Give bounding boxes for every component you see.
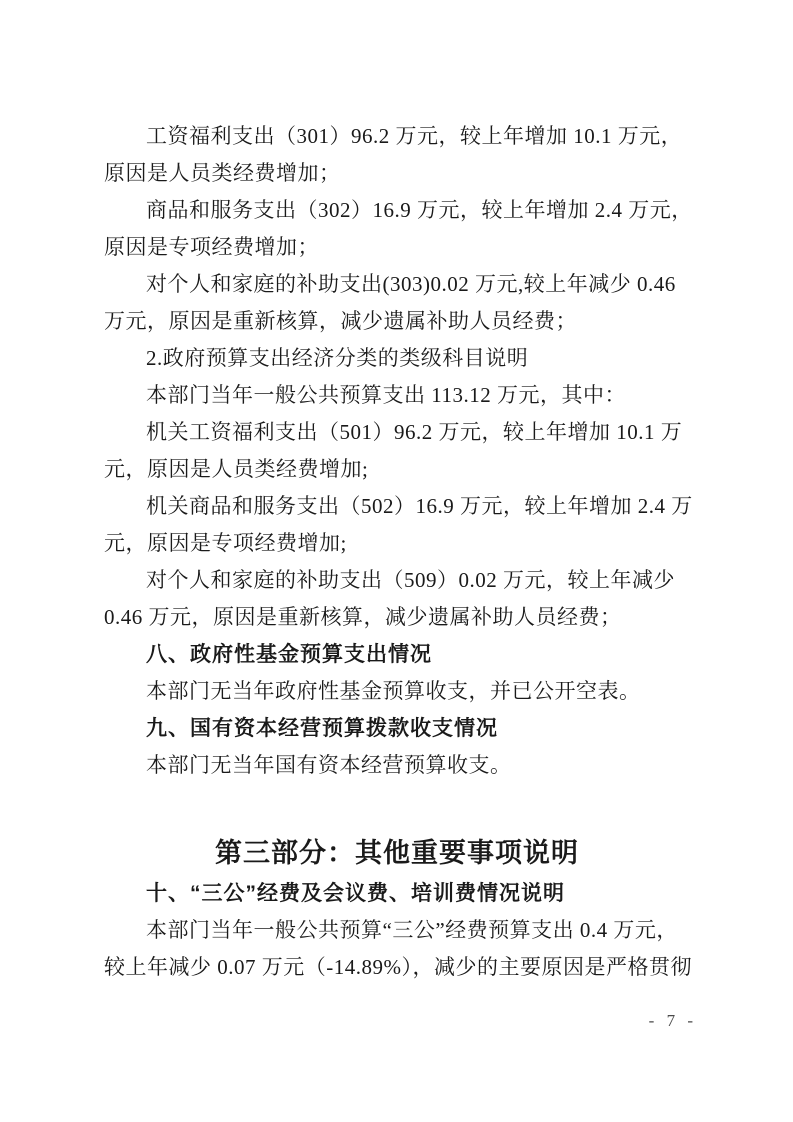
text-line: 元，原因是专项经费增加; (104, 525, 690, 562)
text-line: 本部门无当年政府性基金预算收支，并已公开空表。 (104, 673, 690, 710)
text-line: 本部门无当年国有资本经营预算收支。 (104, 747, 690, 784)
section-heading: 十、“三公”经费及会议费、培训费情况说明 (104, 875, 690, 912)
text-line: 本部门当年一般公共预算支出 113.12 万元，其中： (104, 377, 690, 414)
page-number: - 7 - (649, 1011, 697, 1031)
part-heading: 第三部分：其他重要事项说明 (104, 831, 690, 875)
text-line: 较上年减少 0.07 万元（-14.89%），减少的主要原因是严格贯彻 (104, 949, 690, 986)
text-line: 原因是专项经费增加； (104, 229, 690, 266)
section-heading: 八、政府性基金预算支出情况 (104, 636, 690, 673)
text-line: 商品和服务支出（302）16.9 万元，较上年增加 2.4 万元， (104, 192, 690, 229)
text-line: 元，原因是人员类经费增加; (104, 451, 690, 488)
text-line: 原因是人员类经费增加； (104, 155, 690, 192)
text-line: 0.46 万元，原因是重新核算，减少遗属补助人员经费； (104, 599, 690, 636)
text-line: 机关工资福利支出（501）96.2 万元，较上年增加 10.1 万 (104, 414, 690, 451)
section-heading: 九、国有资本经营预算拨款收支情况 (104, 710, 690, 747)
text-line: 对个人和家庭的补助支出(303)0.02 万元,较上年减少 0.46 (104, 266, 690, 303)
document-page: 工资福利支出（301）96.2 万元，较上年增加 10.1 万元，原因是人员类经… (0, 0, 793, 1122)
text-line: 机关商品和服务支出（502）16.9 万元，较上年增加 2.4 万 (104, 488, 690, 525)
text-line: 万元，原因是重新核算，减少遗属补助人员经费； (104, 303, 690, 340)
text-line: 2.政府预算支出经济分类的类级科目说明 (104, 340, 690, 377)
text-line: 工资福利支出（301）96.2 万元，较上年增加 10.1 万元， (104, 118, 690, 155)
document-content: 工资福利支出（301）96.2 万元，较上年增加 10.1 万元，原因是人员类经… (104, 118, 690, 986)
text-line: 本部门当年一般公共预算“三公”经费预算支出 0.4 万元， (104, 912, 690, 949)
text-line: 对个人和家庭的补助支出（509）0.02 万元，较上年减少 (104, 562, 690, 599)
